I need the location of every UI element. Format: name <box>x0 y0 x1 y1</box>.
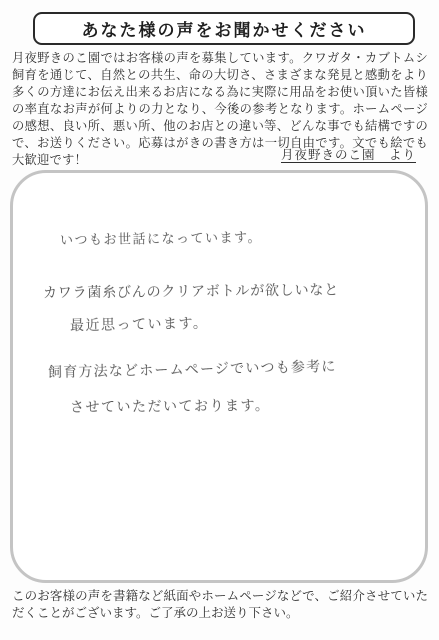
handwriting-line-2: カワラ菌糸びんのクリアボトルが欲しいなと <box>43 279 339 302</box>
feedback-document-page: あなた様の声をお聞かせください 月夜野きのこ園ではお客様の声を募集しています。ク… <box>0 0 439 640</box>
handwriting-line-3: 最近思っています。 <box>70 313 209 335</box>
footer-note: このお客様の声を書籍など紙面やホームページなどで、ご紹介させていただくことがござ… <box>12 588 428 622</box>
page-title: あなた様の声をお聞かせください <box>82 16 367 41</box>
handwriting-line-5: させていただいております。 <box>70 395 271 417</box>
handwriting-line-1: いつもお世話になっています。 <box>60 227 262 249</box>
title-box: あなた様の声をお聞かせください <box>33 12 415 45</box>
handwritten-feedback-box: いつもお世話になっています。 カワラ菌糸びんのクリアボトルが欲しいなと 最近思っ… <box>10 170 428 583</box>
signature-line: 月夜野きのこ園 より <box>12 145 422 163</box>
handwriting-line-4: 飼育方法などホームページでいつも参考に <box>48 356 337 382</box>
signature-text: 月夜野きのこ園 より <box>281 148 422 162</box>
